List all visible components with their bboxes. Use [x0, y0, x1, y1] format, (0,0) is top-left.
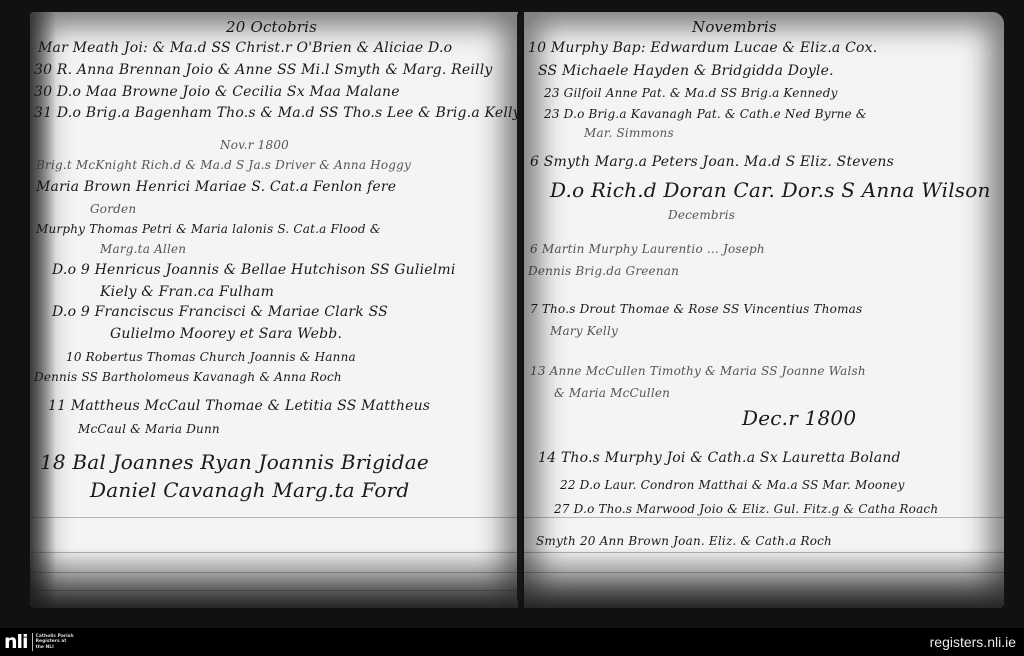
register-entry: 10 Robertus Thomas Church Joannis & Hann… [66, 350, 356, 364]
register-entry: 27 D.o Tho.s Marwood Joio & Eliz. Gul. F… [554, 502, 938, 516]
register-entry: Mar. Simmons [584, 126, 674, 140]
section-heading-december-1800: Dec.r 1800 [742, 406, 856, 430]
register-entry: Daniel Cavanagh Marg.ta Ford [90, 478, 409, 502]
logo-divider [32, 633, 33, 651]
register-entry: D.o 9 Franciscus Francisci & Mariae Clar… [52, 304, 388, 320]
register-entry: 11 Mattheus McCaul Thomae & Letitia SS M… [48, 398, 430, 414]
viewer-footer: nli Catholic Parish Registers at the NLI… [0, 628, 1024, 656]
register-entry: McCaul & Maria Dunn [78, 422, 220, 436]
register-entry: D.o 9 Henricus Joannis & Bellae Hutchiso… [52, 262, 456, 278]
register-entry: 31 D.o Brig.a Bagenham Tho.s & Ma.d SS T… [34, 105, 518, 121]
register-entry: D.o Rich.d Doran Car. Dor.s S Anna Wilso… [550, 178, 991, 202]
page-gutter [517, 14, 522, 600]
register-entry: Mar Meath Joi: & Ma.d SS Christ.r O'Brie… [38, 40, 452, 56]
section-heading-december: Decembris [668, 208, 735, 222]
register-entry: Gorden [90, 202, 136, 216]
register-entry: & Maria McCullen [554, 386, 670, 400]
register-entry: SS Michaele Hayden & Bridgidda Doyle. [538, 63, 834, 79]
register-entry: Smyth 20 Ann Brown Joan. Eliz. & Cath.a … [536, 534, 832, 548]
register-scan-image[interactable]: 20 Octobris Mar Meath Joi: & Ma.d SS Chr… [0, 0, 1024, 628]
left-register-page: 20 Octobris Mar Meath Joi: & Ma.d SS Chr… [30, 12, 518, 608]
nli-logo-mark: nli [4, 632, 28, 652]
scan-shadow [30, 548, 518, 608]
register-entry: 23 D.o Brig.a Kavanagh Pat. & Cath.e Ned… [544, 107, 867, 121]
registers-site-link[interactable]: registers.nli.ie [930, 634, 1016, 650]
section-heading-november-1800: Nov.r 1800 [220, 138, 289, 152]
register-entry: 18 Bal Joannes Ryan Joannis Brigidae [40, 450, 429, 474]
register-entry: 10 Murphy Bap: Edwardum Lucae & Eliz.a C… [528, 40, 877, 56]
register-entry: 6 Smyth Marg.a Peters Joan. Ma.d S Eliz.… [530, 154, 894, 170]
right-register-page: Novembris 10 Murphy Bap: Edwardum Lucae … [524, 12, 1004, 608]
register-entry: Gulielmo Moorey et Sara Webb. [110, 326, 342, 342]
register-entry: Dennis SS Bartholomeus Kavanagh & Anna R… [34, 370, 342, 384]
register-entry: Marg.ta Allen [100, 242, 186, 256]
register-entry: Dennis Brig.da Greenan [528, 264, 679, 278]
register-entry: Maria Brown Henrici Mariae S. Cat.a Fenl… [36, 179, 396, 195]
register-entry: Mary Kelly [550, 324, 618, 338]
page-heading-october: 20 Octobris [226, 18, 317, 36]
register-entry: 7 Tho.s Drout Thomae & Rose SS Vincentiu… [530, 302, 862, 316]
scan-shadow [524, 548, 1004, 608]
nli-logo-subtitle: Catholic Parish Registers at the NLI [36, 634, 76, 651]
page-heading-november: Novembris [692, 18, 777, 36]
register-entry: 6 Martin Murphy Laurentio ... Joseph [530, 242, 765, 256]
register-entry: 13 Anne McCullen Timothy & Maria SS Joan… [530, 364, 866, 378]
register-entry: 22 D.o Laur. Condron Matthai & Ma.a SS M… [560, 478, 905, 492]
register-entry: 30 R. Anna Brennan Joio & Anne SS Mi.l S… [34, 62, 493, 78]
register-entry: Brig.t McKnight Rich.d & Ma.d S Ja.s Dri… [36, 158, 411, 172]
register-entry: 14 Tho.s Murphy Joi & Cath.a Sx Lauretta… [538, 450, 901, 466]
register-entry: 23 Gilfoil Anne Pat. & Ma.d SS Brig.a Ke… [544, 86, 838, 100]
register-entry: 30 D.o Maa Browne Joio & Cecilia Sx Maa … [34, 84, 400, 100]
register-entry: Murphy Thomas Petri & Maria lalonis S. C… [36, 222, 381, 236]
nli-logo[interactable]: nli Catholic Parish Registers at the NLI [4, 632, 76, 652]
register-entry: Kiely & Fran.ca Fulham [100, 284, 274, 300]
